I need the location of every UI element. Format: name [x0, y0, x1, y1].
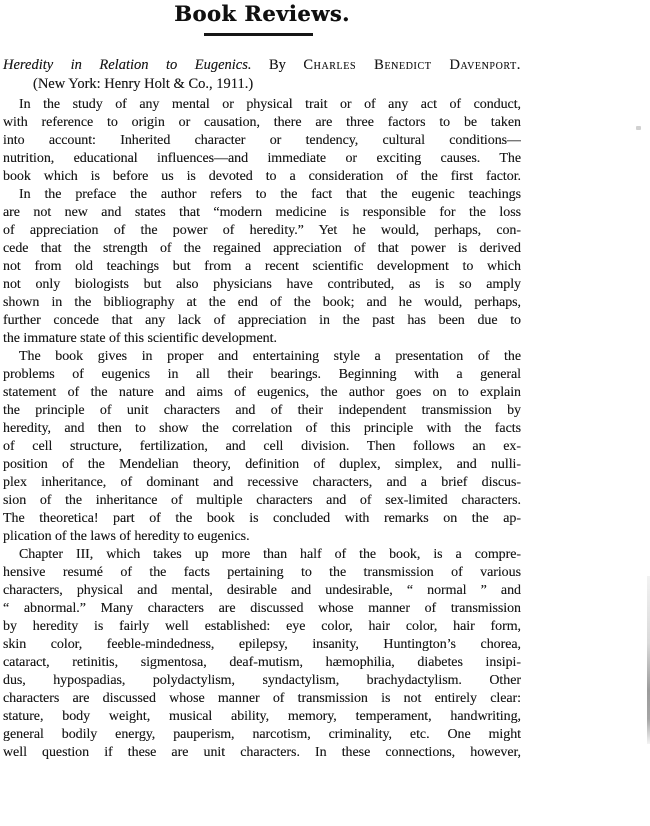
text-line: skin color, feeble-mindedness, epilepsy,… — [3, 636, 521, 654]
text-line: well question if these are unit characte… — [3, 744, 521, 762]
text-line: with reference to origin or causation, t… — [3, 114, 521, 132]
text-line: are not new and states that “modern medi… — [3, 204, 521, 222]
text-line: plication of the laws of heredity to eug… — [3, 528, 521, 546]
paragraph: The book gives in proper and entertainin… — [3, 348, 521, 546]
text-line: stature, body weight, musical ability, m… — [3, 708, 521, 726]
text-line: of appreciation of the power of heredity… — [3, 222, 521, 240]
text-line: dus, hypospadias, polydactylism, syndact… — [3, 672, 521, 690]
text-line: statement of the nature and aims of euge… — [3, 384, 521, 402]
text-line: the principle of unit characters and of … — [3, 402, 521, 420]
text-line: In the study of any mental or physical t… — [3, 96, 521, 114]
text-line: further concede that any lack of appreci… — [3, 312, 521, 330]
by-label: By — [269, 57, 286, 73]
paragraph: In the preface the author refers to the … — [3, 186, 521, 348]
text-line: not from old teachings but from a recent… — [3, 258, 521, 276]
text-line: book which is before us is devoted to a … — [3, 168, 521, 186]
page-title: Book Reviews. — [3, 1, 521, 26]
text-line: The theoretica! part of the book is conc… — [3, 510, 521, 528]
text-line: characters, physical and mental, desirab… — [3, 582, 521, 600]
text-line: The book gives in proper and entertainin… — [3, 348, 521, 366]
text-line: problems of eugenics in all their bearin… — [3, 366, 521, 384]
scan-artifact — [636, 126, 641, 130]
review-body: In the study of any mental or physical t… — [3, 96, 521, 762]
author-name: Charles Benedict Davenport. — [303, 57, 521, 73]
book-page: Book Reviews. Heredity in Relation to Eu… — [0, 0, 650, 826]
text-line: into account: Inherited character or ten… — [3, 132, 521, 150]
text-line: Chapter III, which takes up more than ha… — [3, 546, 521, 564]
text-line: cede that the strength of the regained a… — [3, 240, 521, 258]
text-line: In the preface the author refers to the … — [3, 186, 521, 204]
text-line: shown in the bibliography at the end of … — [3, 294, 521, 312]
text-line: plex inheritance, of dominant and recess… — [3, 474, 521, 492]
review-citation: Heredity in Relation to Eugenics. By Cha… — [3, 56, 521, 75]
text-line: the immature state of this scientific de… — [3, 330, 521, 348]
publisher-line: (New York: Henry Holt & Co., 1911.) — [3, 75, 521, 94]
title-divider — [204, 33, 313, 36]
text-line: by heredity is fairly well established: … — [3, 618, 521, 636]
text-line: heredity, and then to show the correlati… — [3, 420, 521, 438]
paragraph: Chapter III, which takes up more than ha… — [3, 546, 521, 762]
text-line: cataract, retinitis, sigmentosa, deaf-mu… — [3, 654, 521, 672]
book-title: Heredity in Relation to Eugenics. — [3, 57, 252, 73]
text-line: general bodily energy, pauperism, narcot… — [3, 726, 521, 744]
text-line: sion of the inheritance of multiple char… — [3, 492, 521, 510]
text-line: “ abnormal.” Many characters are discuss… — [3, 600, 521, 618]
text-line: nutrition, educational influences—and im… — [3, 150, 521, 168]
text-column: Book Reviews. Heredity in Relation to Eu… — [3, 0, 521, 826]
text-line: position of the Mendelian theory, defini… — [3, 456, 521, 474]
text-line: characters are discussed whose manner of… — [3, 690, 521, 708]
text-line: not only biologists but also physicians … — [3, 276, 521, 294]
text-line: hensive resumé of the facts pertaining t… — [3, 564, 521, 582]
paragraph: In the study of any mental or physical t… — [3, 96, 521, 186]
text-line: of cell structure, fertilization, and ce… — [3, 438, 521, 456]
review-heading: Heredity in Relation to Eugenics. By Cha… — [3, 56, 521, 94]
